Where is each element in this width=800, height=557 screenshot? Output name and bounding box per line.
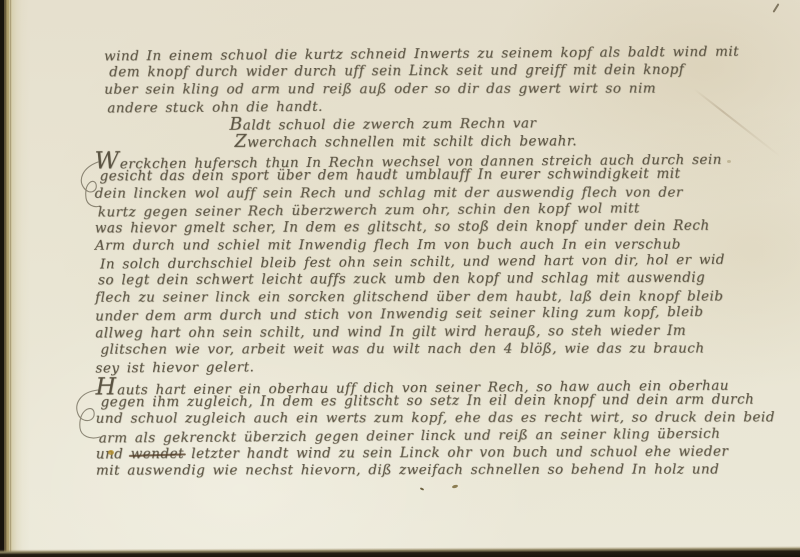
corner-ink-mark: [773, 3, 780, 13]
paragraph-lead: Werckchen hufersch thun In Rechn wechsel…: [95, 149, 761, 377]
text-line: mit auswendig wie nechst hievorn, diß zw…: [96, 462, 761, 481]
paragraph-verse: Baldt schuol die zwerch zum Rechn varZwe…: [229, 114, 759, 151]
page-stack-edge-line: [6, 0, 7, 557]
text-segment: und: [96, 446, 131, 462]
manuscript-page: wind In einem schuol die kurtz schneid I…: [0, 0, 800, 557]
book-gutter-edge: [0, 0, 30, 557]
ink-speck: [727, 160, 731, 163]
initial-flourish: [72, 384, 102, 442]
ink-speck: [452, 484, 459, 488]
manuscript-photo: wind In einem schuol die kurtz schneid I…: [0, 0, 800, 557]
text-line: Werckchen hufersch thun In Rechn wechsel…: [94, 148, 759, 170]
paragraph-lead: Hauts hart einer ein oberhau uff dich vo…: [95, 374, 760, 481]
page-stack-edge-line: [10, 0, 11, 557]
struck-word: wendet: [131, 446, 184, 462]
gold-ink-speck: [108, 450, 114, 455]
paragraph-opening: wind In einem schuol die kurtz schneid I…: [104, 45, 759, 117]
initial-flourish: [76, 158, 102, 210]
ink-speck: [299, 171, 302, 174]
text-block: wind In einem schuol die kurtz schneid I…: [94, 45, 761, 481]
ink-speck: [420, 487, 424, 491]
